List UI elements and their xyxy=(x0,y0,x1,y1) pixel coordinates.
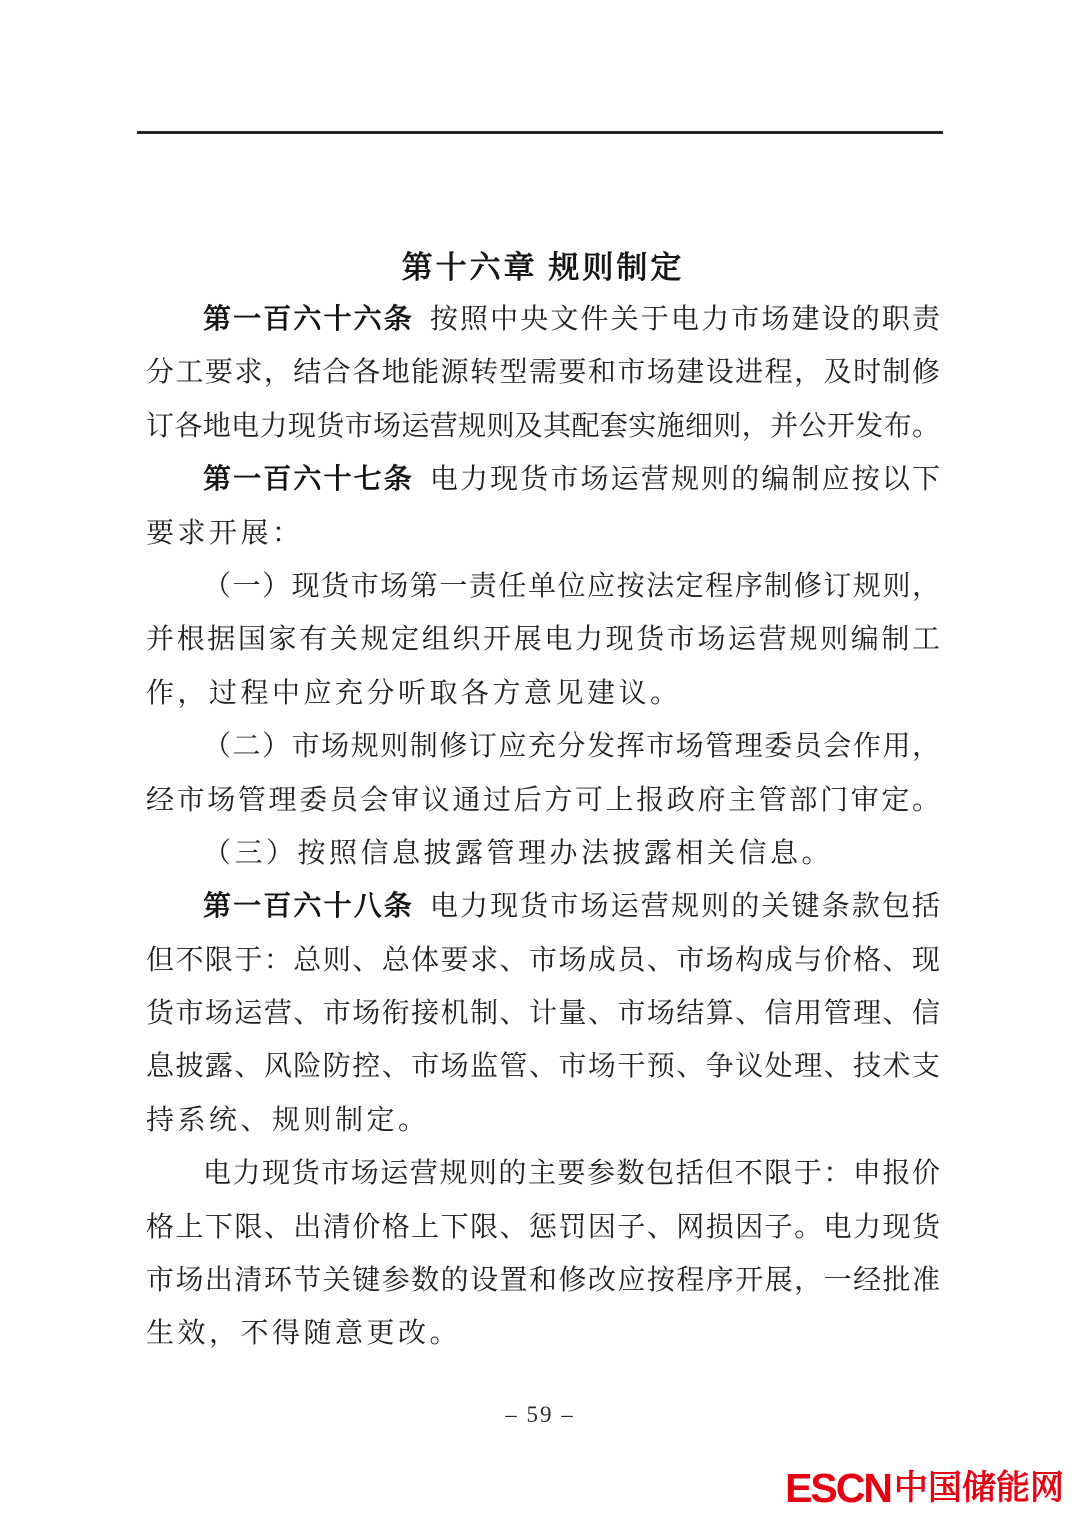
line-text: 电力现货市场运营规则的主要参数包括但不限于：申报价 xyxy=(203,1158,940,1189)
paragraph-line: （一）现货市场第一责任单位应按法定程序制修订规则， xyxy=(146,560,940,613)
paragraph-line: 第一百六十八条电力现货市场运营规则的关键条款包括 xyxy=(146,880,940,933)
line-text: 持系统、规则制定。 xyxy=(146,1105,430,1136)
line-text: 并根据国家有关规定组织开展电力现货市场运营规则编制工 xyxy=(146,624,940,655)
paragraph-line: 息披露、风险防控、市场监管、市场干预、争议处理、技术支 xyxy=(146,1040,940,1093)
article-number: 第一百六十六条 xyxy=(203,304,414,335)
paragraph-line: 分工要求，结合各地能源转型需要和市场建设进程，及时制修 xyxy=(146,346,940,399)
line-text: 作，过程中应充分听取各方意见建议。 xyxy=(146,678,682,709)
chapter-title: 第十六章 规则制定 xyxy=(146,243,940,293)
page-number: – 59 – xyxy=(0,1402,1080,1428)
paragraph-line: （三）按照信息披露管理办法披露相关信息。 xyxy=(146,827,940,880)
line-text: 格上下限、出清价格上下限、惩罚因子、网损因子。电力现货 xyxy=(146,1212,940,1243)
paragraph-line: 电力现货市场运营规则的主要参数包括但不限于：申报价 xyxy=(146,1147,940,1200)
paragraph-line: 但不限于：总则、总体要求、市场成员、市场构成与价格、现 xyxy=(146,934,940,987)
header-rule xyxy=(137,131,943,134)
paragraph-line: 并根据国家有关规定组织开展电力现货市场运营规则编制工 xyxy=(146,613,940,666)
line-text: 电力现货市场运营规则的关键条款包括 xyxy=(430,891,940,922)
paragraph-line: 格上下限、出清价格上下限、惩罚因子、网损因子。电力现货 xyxy=(146,1201,940,1254)
paragraph-line: 货市场运营、市场衔接机制、计量、市场结算、信用管理、信 xyxy=(146,987,940,1040)
escn-logo: ESCN 中国储能网 xyxy=(785,1468,1064,1508)
escn-logo-cjk: 中国储能网 xyxy=(894,1468,1064,1508)
line-text: 订各地电力现货市场运营规则及其配套实施细则，并公开发布。 xyxy=(146,411,940,442)
document-page: { "page": { "chapter_title": "第十六章 规则制定"… xyxy=(0,0,1080,1527)
escn-logo-latin: ESCN xyxy=(785,1468,891,1508)
line-text: 市场出清环节关键参数的设置和修改应按程序开展，一经批准 xyxy=(146,1265,940,1296)
line-text: 货市场运营、市场衔接机制、计量、市场结算、信用管理、信 xyxy=(146,998,940,1029)
line-text: 分工要求，结合各地能源转型需要和市场建设进程，及时制修 xyxy=(146,357,940,388)
paragraph-line: 订各地电力现货市场运营规则及其配套实施细则，并公开发布。 xyxy=(146,400,940,453)
line-text: 生效，不得随意更改。 xyxy=(146,1318,461,1349)
paragraph-line: 生效，不得随意更改。 xyxy=(146,1307,940,1360)
paragraph-line: 市场出清环节关键参数的设置和修改应按程序开展，一经批准 xyxy=(146,1254,940,1307)
line-text: 按照中央文件关于电力市场建设的职责 xyxy=(430,304,940,335)
line-text: （一）现货市场第一责任单位应按法定程序制修订规则， xyxy=(203,571,940,602)
article-number: 第一百六十八条 xyxy=(203,891,414,922)
document-body: 第十六章 规则制定 第一百六十六条按照中央文件关于电力市场建设的职责 分工要求，… xyxy=(146,243,940,1361)
paragraph-line: 经市场管理委员会审议通过后方可上报政府主管部门审定。 xyxy=(146,774,940,827)
line-text: 要求开展： xyxy=(146,518,304,549)
line-text: 但不限于：总则、总体要求、市场成员、市场构成与价格、现 xyxy=(146,945,940,976)
line-text: （三）按照信息披露管理办法披露相关信息。 xyxy=(203,838,833,869)
paragraph-line: 持系统、规则制定。 xyxy=(146,1094,940,1147)
line-text: 经市场管理委员会审议通过后方可上报政府主管部门审定。 xyxy=(146,785,940,816)
paragraph-line: 第一百六十六条按照中央文件关于电力市场建设的职责 xyxy=(146,293,940,346)
paragraph-line: （二）市场规则制修订应充分发挥市场管理委员会作用， xyxy=(146,720,940,773)
article-number: 第一百六十七条 xyxy=(203,464,414,495)
paragraph-line: 作，过程中应充分听取各方意见建议。 xyxy=(146,667,940,720)
line-text: 电力现货市场运营规则的编制应按以下 xyxy=(430,464,940,495)
paragraph-line: 第一百六十七条电力现货市场运营规则的编制应按以下 xyxy=(146,453,940,506)
paragraph-line: 要求开展： xyxy=(146,507,940,560)
line-text: （二）市场规则制修订应充分发挥市场管理委员会作用， xyxy=(203,731,940,762)
line-text: 息披露、风险防控、市场监管、市场干预、争议处理、技术支 xyxy=(146,1051,940,1082)
